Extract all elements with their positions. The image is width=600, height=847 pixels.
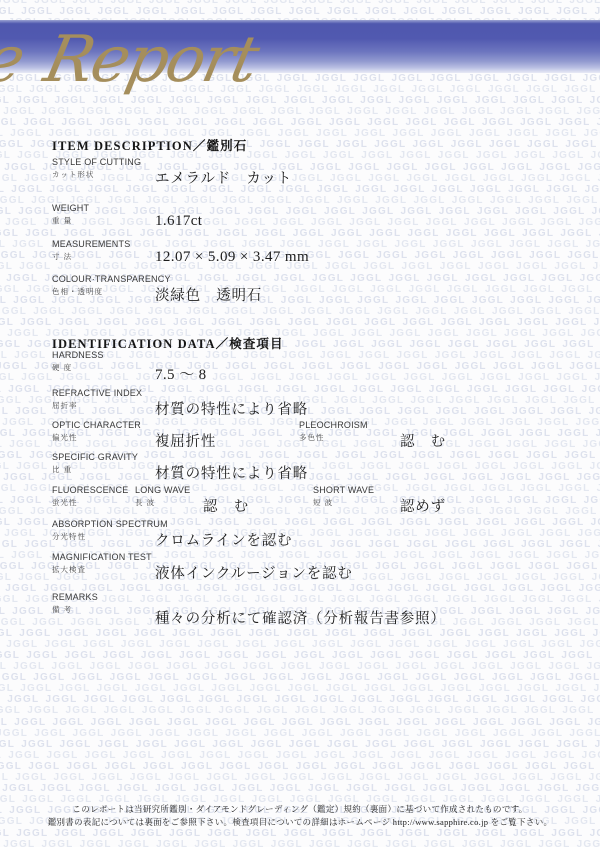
field-label-en: MEASUREMENTS bbox=[52, 239, 130, 249]
field-label-jp: 寸 法 bbox=[52, 251, 130, 262]
field-value: 淡緑色 透明石 bbox=[155, 284, 262, 305]
field-value: 認めず bbox=[400, 495, 446, 516]
field-label-en: SHORT WAVE bbox=[313, 485, 374, 495]
field-refractive-index: REFRACTIVE INDEX 屈折率 材質の特性により省略 bbox=[52, 388, 142, 411]
field-label-en: WEIGHT bbox=[52, 203, 89, 213]
field-measurements: MEASUREMENTS 寸 法 12.07 × 5.09 × 3.47 mm bbox=[52, 239, 130, 262]
field-label-en: FLUORESCENCE bbox=[52, 485, 128, 495]
field-label-en: REMARKS bbox=[52, 592, 98, 602]
field-pleochroism: PLEOCHROISM 多色性 認 む bbox=[299, 420, 368, 443]
field-label-jp: 偏光性 bbox=[52, 432, 141, 443]
section-title-jp: 鑑別石 bbox=[207, 139, 248, 153]
footer-line-1: このレポートは当研究所鑑別・ダイアモンドグレーディング（鑑定）規約（裏面）に基づ… bbox=[0, 803, 600, 816]
field-value: クロムラインを認む bbox=[155, 529, 292, 550]
report-page: JGGL JGGL JGGL JGGL JGGL JGGL JGGL JGGL … bbox=[0, 0, 600, 847]
field-label-en: LONG WAVE bbox=[135, 485, 190, 495]
field-label-jp: 多色性 bbox=[299, 432, 368, 443]
field-value: 種々の分析にて確認済（分析報告書参照） bbox=[155, 607, 446, 628]
field-label-en: OPTIC CHARACTER bbox=[52, 420, 141, 430]
field-label-jp: 硬 度 bbox=[52, 362, 104, 373]
field-label-en: REFRACTIVE INDEX bbox=[52, 388, 142, 398]
field-fluorescence-short-wave: SHORT WAVE 短 波 認めず bbox=[313, 485, 374, 508]
field-label-jp: 屈折率 bbox=[52, 400, 142, 411]
field-hardness: HARDNESS 硬 度 7.5 ～ 8 bbox=[52, 350, 104, 373]
field-magnification-test: MAGNIFICATION TEST 拡大検査 液体インクルージョンを認む bbox=[52, 552, 152, 575]
report-content: ITEM DESCRIPTION／鑑別石 STYLE OF CUTTING カッ… bbox=[0, 0, 600, 847]
field-optic-character: OPTIC CHARACTER 偏光性 複屈折性 bbox=[52, 420, 141, 443]
field-label-en: PLEOCHROISM bbox=[299, 420, 368, 430]
field-label-jp: 比 重 bbox=[52, 464, 138, 475]
field-label-en: HARDNESS bbox=[52, 350, 104, 360]
field-label-jp: 蛍光性 bbox=[52, 497, 128, 508]
field-value: 材質の特性により省略 bbox=[155, 398, 308, 419]
section-title-jp: 検査項目 bbox=[229, 337, 283, 351]
field-value: 複屈折性 bbox=[155, 430, 216, 451]
field-weight: WEIGHT 重 量 1.617ct bbox=[52, 203, 89, 226]
field-label-jp: 短 波 bbox=[313, 497, 374, 508]
section-title-en: IDENTIFICATION DATA bbox=[52, 337, 216, 351]
field-fluorescence: FLUORESCENCE 蛍光性 bbox=[52, 485, 128, 508]
field-specific-gravity: SPECIFIC GRAVITY 比 重 材質の特性により省略 bbox=[52, 452, 138, 475]
footer: このレポートは当研究所鑑別・ダイアモンドグレーディング（鑑定）規約（裏面）に基づ… bbox=[0, 803, 600, 829]
section-title-separator: ／ bbox=[216, 337, 230, 351]
field-value: エメラルド カット bbox=[155, 167, 292, 188]
field-label-en: SPECIFIC GRAVITY bbox=[52, 452, 138, 462]
field-value: 認 む bbox=[203, 495, 249, 516]
field-remarks: REMARKS 備 考 種々の分析にて確認済（分析報告書参照） bbox=[52, 592, 98, 615]
field-label-en: STYLE OF CUTTING bbox=[52, 157, 141, 167]
field-label-jp: カット形状 bbox=[52, 169, 141, 180]
field-label-jp: 拡大検査 bbox=[52, 564, 152, 575]
field-value: 7.5 ～ 8 bbox=[155, 363, 207, 384]
field-style-of-cutting: STYLE OF CUTTING カット形状 エメラルド カット bbox=[52, 157, 141, 180]
field-value: 1.617ct bbox=[155, 213, 202, 230]
section-title-separator: ／ bbox=[193, 139, 207, 153]
field-value: 12.07 × 5.09 × 3.47 mm bbox=[155, 249, 309, 266]
field-value: 液体インクルージョンを認む bbox=[155, 562, 353, 583]
section-title-item-description: ITEM DESCRIPTION／鑑別石 bbox=[52, 136, 247, 154]
field-fluorescence-long-wave: LONG WAVE 長 波 認 む bbox=[135, 485, 190, 508]
field-absorption-spectrum: ABSORPTION SPECTRUM 分光特性 クロムラインを認む bbox=[52, 519, 168, 542]
field-colour-transparency: COLOUR·TRANSPARENCY 色相・透明度 淡緑色 透明石 bbox=[52, 274, 171, 297]
field-label-en: COLOUR·TRANSPARENCY bbox=[52, 274, 171, 284]
field-value: 材質の特性により省略 bbox=[155, 462, 308, 483]
field-label-jp: 色相・透明度 bbox=[52, 286, 171, 297]
field-label-en: ABSORPTION SPECTRUM bbox=[52, 519, 168, 529]
footer-line-2: 鑑別書の表記については裏面をご参照下さい。検査項目についての詳細はホームページ … bbox=[0, 816, 600, 829]
field-label-en: MAGNIFICATION TEST bbox=[52, 552, 152, 562]
field-label-jp: 重 量 bbox=[52, 215, 89, 226]
field-label-jp: 分光特性 bbox=[52, 531, 168, 542]
field-label-jp: 長 波 bbox=[135, 497, 190, 508]
field-value: 認 む bbox=[400, 430, 446, 451]
section-title-en: ITEM DESCRIPTION bbox=[52, 139, 193, 153]
field-label-jp: 備 考 bbox=[52, 604, 98, 615]
